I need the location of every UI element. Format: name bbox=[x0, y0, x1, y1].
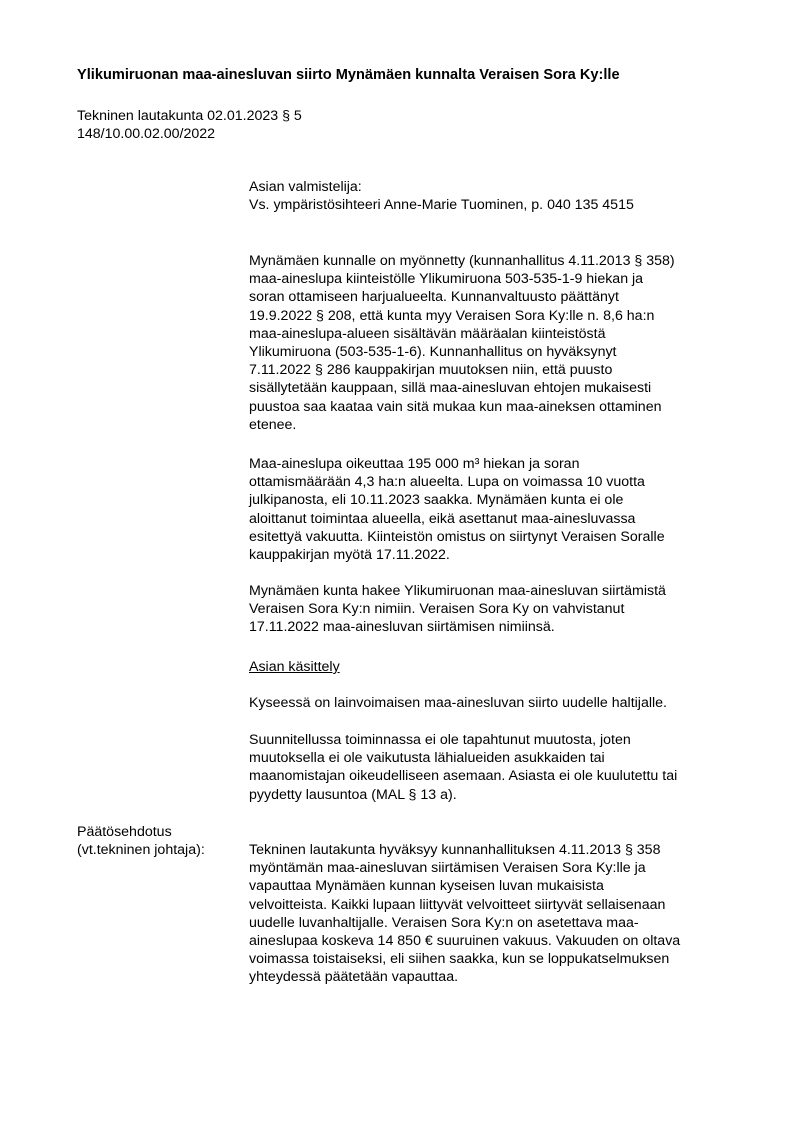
proposal-label-line-2: (vt.tekninen johtaja): bbox=[77, 841, 205, 859]
text-line: Mynämäen kunta hakee Ylikumiruonan maa-a… bbox=[249, 582, 769, 600]
text-line: ottamismäärään 4,3 ha:n alueelta. Lupa o… bbox=[249, 473, 769, 491]
text-line: uudelle luvanhaltijalle. Veraisen Sora K… bbox=[249, 914, 769, 932]
text-line: Kyseessä on lainvoimaisen maa-ainesluvan… bbox=[249, 694, 769, 712]
text-line: yhteydessä päätetään vapauttaa. bbox=[249, 968, 769, 986]
text-line: Suunnitellussa toiminnassa ei ole tapaht… bbox=[249, 731, 769, 749]
text-line: soran ottamiseen harjualueelta. Kunnanva… bbox=[249, 288, 769, 306]
text-line: Tekninen lautakunta hyväksyy kunnanhalli… bbox=[249, 841, 769, 859]
section-heading-block: Asian käsittely bbox=[249, 658, 769, 676]
text-line: velvoitteista. Kaikki lupaan liittyvät v… bbox=[249, 896, 769, 914]
proposal-label: Päätösehdotus (vt.tekninen johtaja): bbox=[77, 823, 205, 859]
text-line: sisällytetään kauppaan, sillä maa-ainesl… bbox=[249, 379, 769, 397]
section-heading: Asian käsittely bbox=[249, 658, 769, 676]
preparer-block: Asian valmistelija: Vs. ympäristösihteer… bbox=[249, 178, 769, 214]
text-line: maanomistajan oikeudelliseen asemaan. As… bbox=[249, 767, 769, 785]
text-line: Ylikumiruona (503-535-1-6). Kunnanhallit… bbox=[249, 343, 769, 361]
paragraph-permit: Maa-aineslupa oikeuttaa 195 000 m³ hieka… bbox=[249, 455, 769, 564]
proposal-text: Tekninen lautakunta hyväksyy kunnanhalli… bbox=[249, 841, 769, 987]
text-line: kauppakirjan myötä 17.11.2022. bbox=[249, 546, 769, 564]
text-line: pyydetty lausuntoa (MAL § 13 a). bbox=[249, 786, 769, 804]
document-title: Ylikumiruonan maa-ainesluvan siirto Mynä… bbox=[77, 67, 620, 83]
paragraph-background: Mynämäen kunnalle on myönnetty (kunnanha… bbox=[249, 252, 769, 434]
record-number: 148/10.00.02.00/2022 bbox=[77, 125, 302, 143]
preparer-label: Asian valmistelija: bbox=[249, 178, 769, 196]
text-line: voimassa toistaiseksi, eli siihen saakka… bbox=[249, 950, 769, 968]
text-line: aloittanut toimintaa alueella, eikä aset… bbox=[249, 510, 769, 528]
text-line: 19.9.2022 § 208, että kunta myy Veraisen… bbox=[249, 307, 769, 325]
text-line: muutoksella ei ole vaikutusta lähialueid… bbox=[249, 749, 769, 767]
proposal-label-line-1: Päätösehdotus bbox=[77, 823, 205, 841]
meeting-reference: Tekninen lautakunta 02.01.2023 § 5 bbox=[77, 107, 302, 125]
text-line: Mynämäen kunnalle on myönnetty (kunnanha… bbox=[249, 252, 769, 270]
preparer-name: Vs. ympäristösihteeri Anne-Marie Tuomine… bbox=[249, 196, 769, 214]
text-line: myöntämän maa-ainesluvan siirtämisen Ver… bbox=[249, 859, 769, 877]
text-line: Veraisen Sora Ky:n nimiin. Veraisen Sora… bbox=[249, 600, 769, 618]
text-line: esitettyä vakuutta. Kiinteistön omistus … bbox=[249, 528, 769, 546]
text-line: vapauttaa Mynämäen kunnan kyseisen luvan… bbox=[249, 877, 769, 895]
paragraph-processing: Kyseessä on lainvoimaisen maa-ainesluvan… bbox=[249, 694, 769, 712]
text-line: puustoa saa kaataa vain sitä mukaa kun m… bbox=[249, 398, 769, 416]
text-line: 17.11.2022 maa-ainesluvan siirtämisen ni… bbox=[249, 618, 769, 636]
meeting-info: Tekninen lautakunta 02.01.2023 § 5 148/1… bbox=[77, 107, 302, 143]
text-line: aineslupaa koskeva 14 850 € suuruinen va… bbox=[249, 932, 769, 950]
text-line: maa-aineslupa-alueen sisältävän määräala… bbox=[249, 325, 769, 343]
paragraph-assessment: Suunnitellussa toiminnassa ei ole tapaht… bbox=[249, 731, 769, 804]
text-line: Maa-aineslupa oikeuttaa 195 000 m³ hieka… bbox=[249, 455, 769, 473]
text-line: 7.11.2022 § 286 kauppakirjan muutoksen n… bbox=[249, 361, 769, 379]
text-line: etenee. bbox=[249, 416, 769, 434]
paragraph-application: Mynämäen kunta hakee Ylikumiruonan maa-a… bbox=[249, 582, 769, 637]
text-line: maa-aineslupa kiinteistölle Ylikumiruona… bbox=[249, 270, 769, 288]
text-line: julkipanosta, eli 10.11.2023 saakka. Myn… bbox=[249, 491, 769, 509]
